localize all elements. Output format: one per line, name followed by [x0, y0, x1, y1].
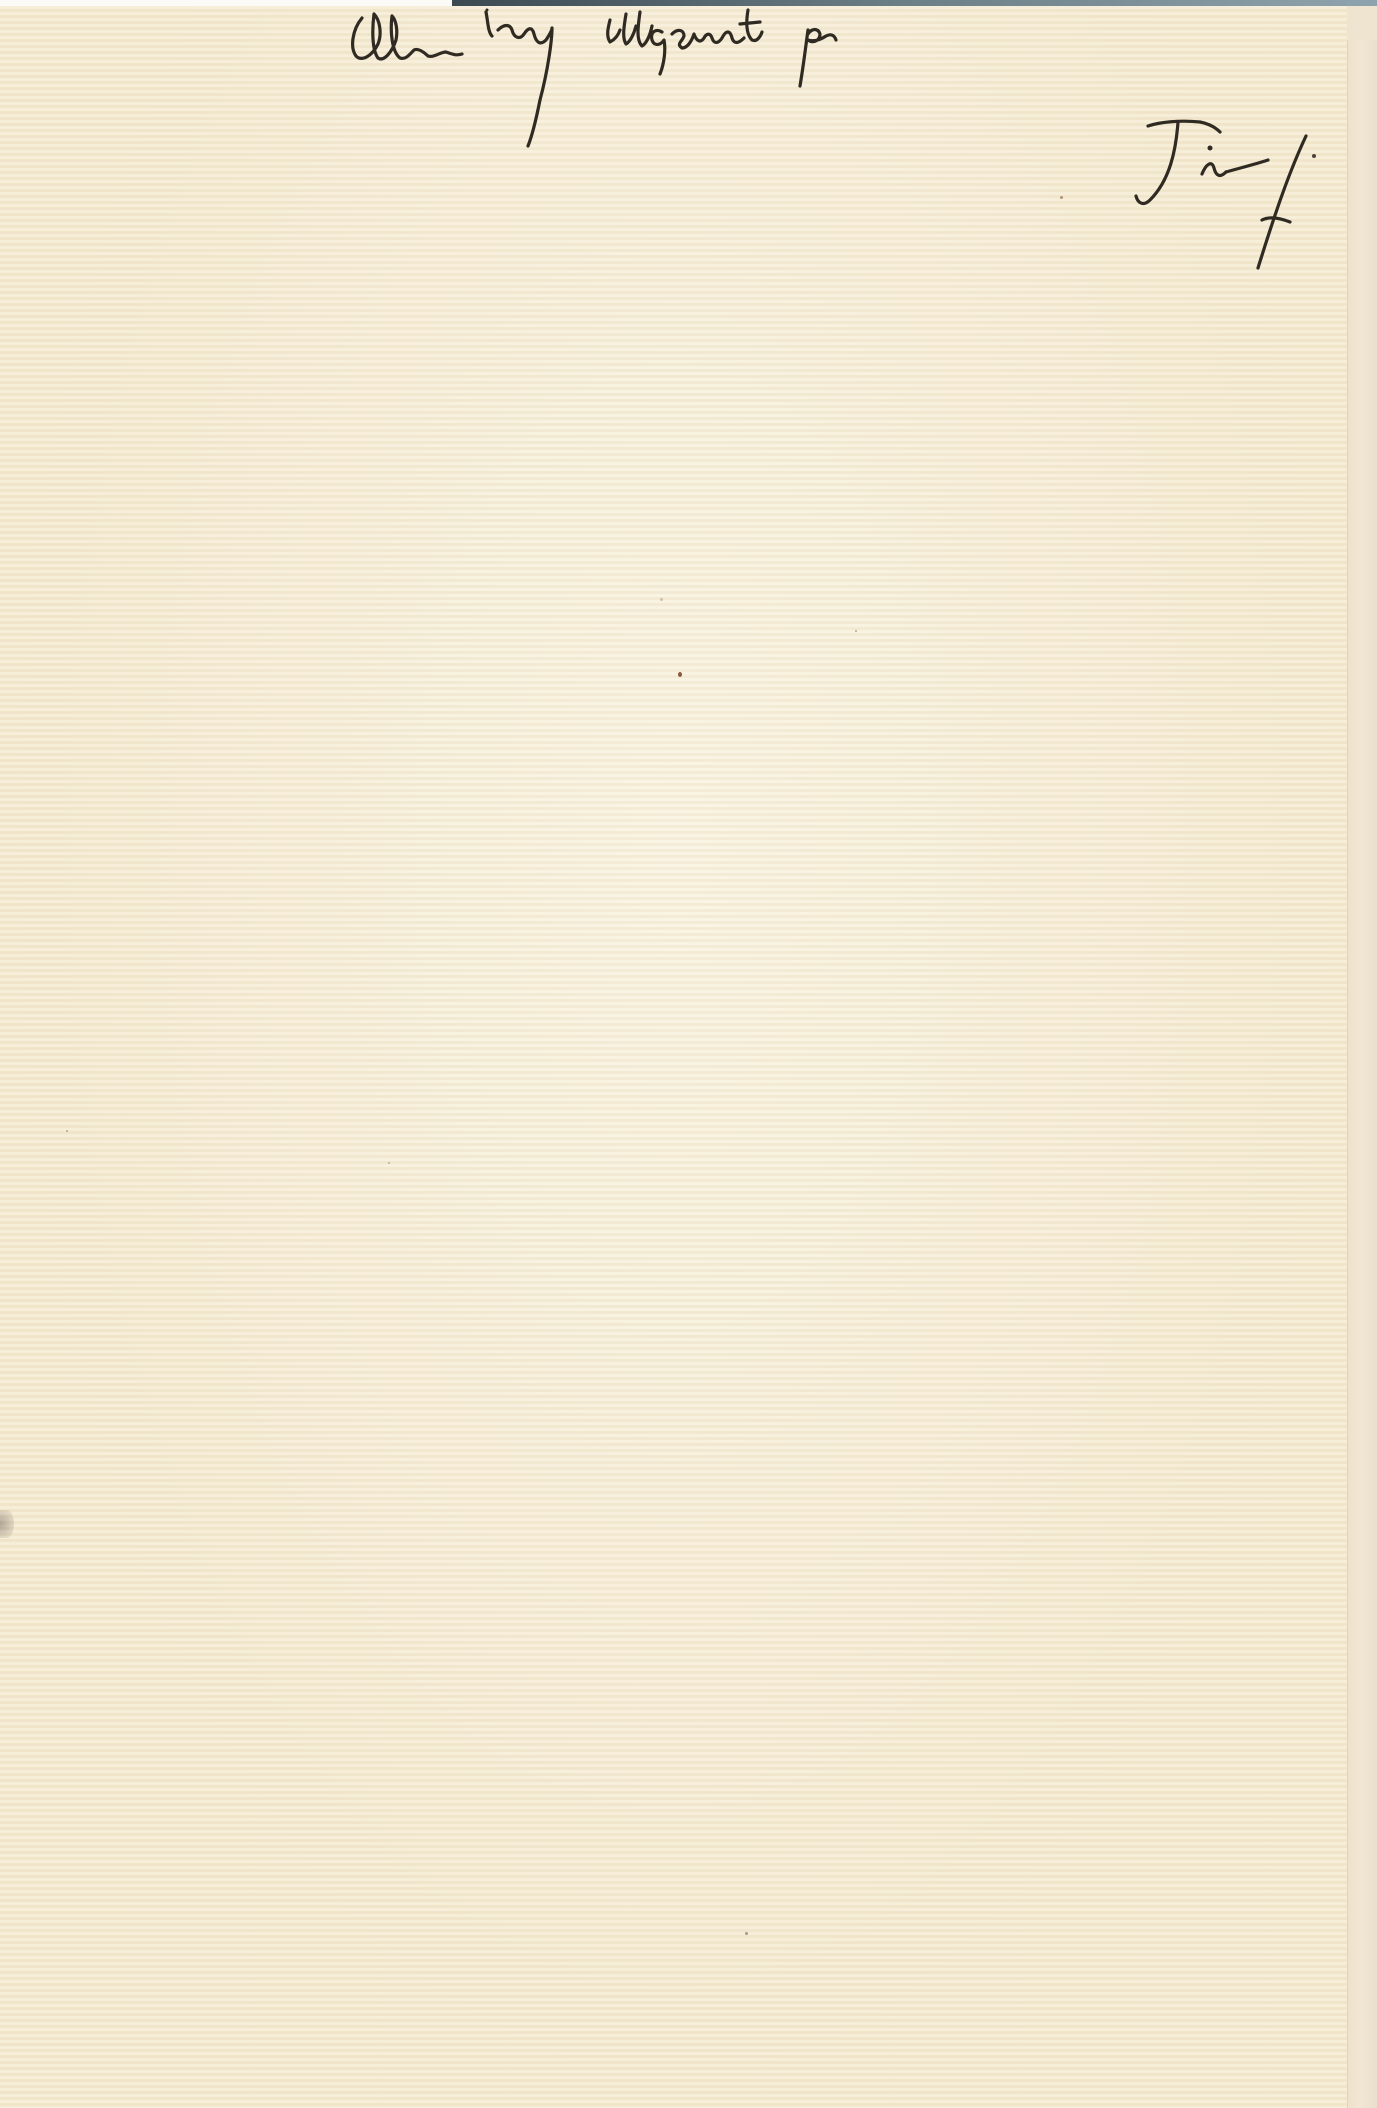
underlying-page-edge: [1347, 40, 1377, 2108]
paper-speck: [388, 1162, 390, 1164]
ink-speck: [678, 672, 682, 677]
handwriting-strokes: [0, 0, 1377, 300]
paper-speck: [66, 1130, 68, 1132]
handwritten-inscription: Ellen Key tillgewist på Tief.: [0, 0, 1377, 300]
scanned-page: Ellen Key tillgewist på Tief.: [0, 0, 1377, 2108]
binding-shadow: [0, 1510, 14, 1538]
paper-sheet: [0, 6, 1347, 2108]
paper-speck: [855, 630, 857, 632]
paper-speck: [745, 1932, 748, 1935]
paper-speck: [660, 598, 663, 601]
